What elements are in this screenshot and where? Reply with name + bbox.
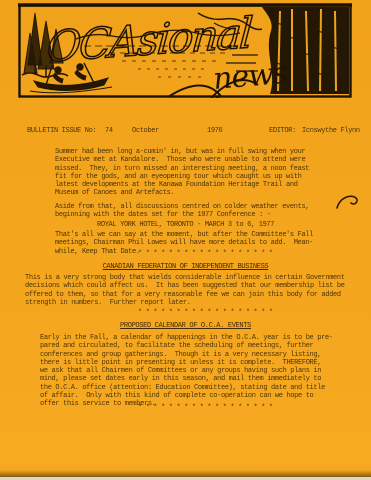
masthead-woodcut-illustration: OCAsional news xyxy=(18,3,352,98)
section-heading-calendar: PROPOSED CALENDAR OF O.C.A. EVENTS xyxy=(0,322,371,330)
issue-year: 1976 xyxy=(207,127,222,135)
issue-month: October xyxy=(132,127,159,135)
asterisk-separator: * * * * * * * * * * * * * * * * * * xyxy=(138,250,273,258)
editor-name: Icnswythe Flynn xyxy=(302,127,360,135)
conference-venue-line: ROYAL YORK HOTEL, TORONTO - MARCH 3 to 6… xyxy=(97,221,274,229)
handwritten-squiggle-mark xyxy=(334,193,360,215)
newsletter-page: OCAsional news BULLETIN ISSUE No: 74 Oct… xyxy=(0,0,371,480)
paragraph-summer-report: Summer had been long a-cumin' in, but wa… xyxy=(55,148,309,198)
bulletin-info-line: BULLETIN ISSUE No: 74 October 1976 EDITO… xyxy=(27,127,367,139)
paragraph-conference-intro: Aside from that, all discussions centred… xyxy=(55,203,309,220)
section-body-calendar: Early in the Fall, a calendar of happeni… xyxy=(40,334,333,409)
section-body-cfib: This is a very strong body that wields c… xyxy=(25,274,345,307)
asterisk-separator: * * * * * * * * * * * * * * * * * * xyxy=(138,404,273,412)
bulletin-label: BULLETIN ISSUE No: xyxy=(27,127,96,135)
masthead-title-news: news xyxy=(212,56,290,97)
issue-number: 74 xyxy=(105,127,113,135)
scan-shadow-edge xyxy=(0,470,371,477)
editor-label: EDITOR: xyxy=(269,127,296,135)
section-heading-cfib: CANADIAN FEDERATION OF INDEPENDENT BUSIN… xyxy=(0,263,371,271)
asterisk-separator: * * * * * * * * * * * * * * * * * * xyxy=(138,309,273,317)
